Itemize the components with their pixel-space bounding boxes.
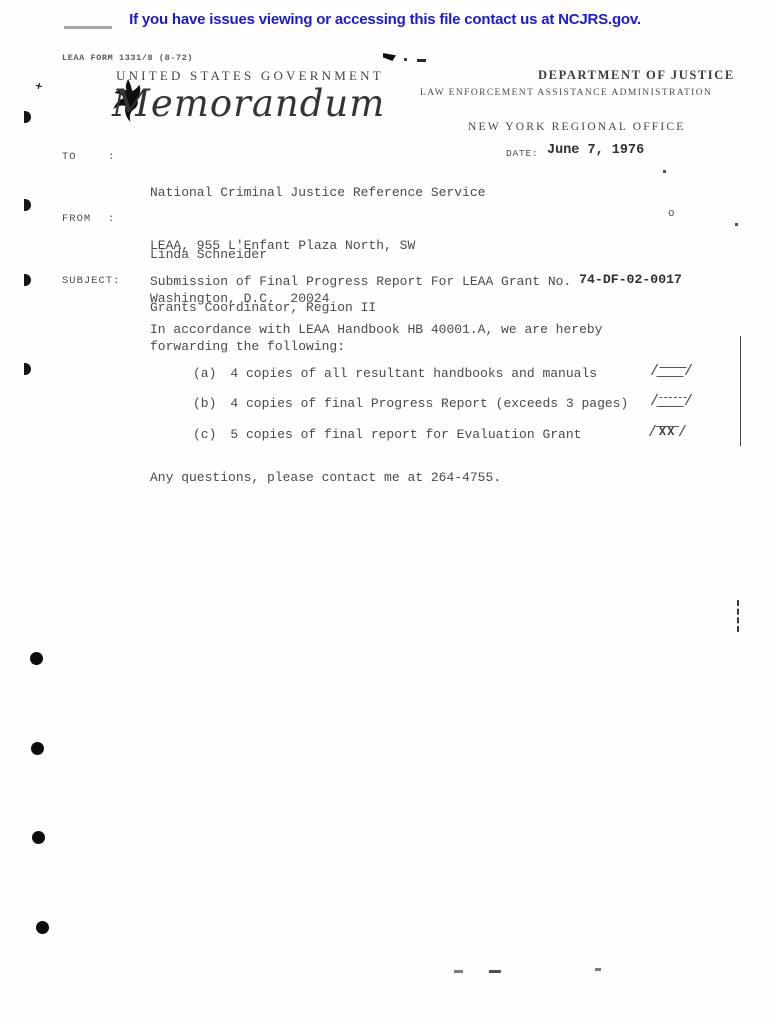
- from-title: Grants Coordinator, Region II: [150, 299, 376, 317]
- scan-artifact-dash: [489, 970, 501, 973]
- scan-artifact-dash: [595, 968, 601, 971]
- slash-glyph: /: [684, 393, 693, 410]
- ncjrs-banner: If you have issues viewing or accessing …: [0, 11, 770, 28]
- checkbox-box-empty: [656, 367, 686, 377]
- to-colon: :: [108, 151, 115, 163]
- dept-line-justice: DEPARTMENT OF JUSTICE: [538, 68, 735, 83]
- to-label: TO: [62, 151, 77, 163]
- scan-artifact-scribble: [404, 58, 407, 61]
- margin-line: [740, 336, 741, 446]
- item-row-a: (a)4 copies of all resultant handbooks a…: [193, 366, 597, 381]
- body-line: forwarding the following:: [150, 339, 345, 354]
- dept-line-leaa: LAW ENFORCEMENT ASSISTANCE ADMINISTRATIO…: [420, 88, 712, 98]
- item-row-b: (b)4 copies of final Progress Report (ex…: [193, 396, 628, 411]
- hole-punch-dot: [31, 742, 44, 755]
- item-text: 5 copies of final report for Evaluation …: [230, 427, 581, 442]
- scan-artifact-dash: [64, 26, 112, 29]
- from-name: Linda Schneider: [150, 246, 376, 264]
- hole-punch-dot: [32, 831, 45, 844]
- memo-title: Memorandum: [112, 82, 385, 125]
- left-edge-mark: [24, 274, 31, 286]
- scan-artifact-scribble: [417, 59, 426, 62]
- item-row-c: (c)5 copies of final report for Evaluati…: [193, 427, 581, 442]
- scan-artifact-dot: [663, 170, 666, 173]
- grant-number: 74-DF-02-0017: [579, 272, 682, 287]
- checkbox-xx-mark: XX: [656, 426, 679, 439]
- hole-punch-dot: [30, 652, 43, 665]
- dept-line-regional-office: NEW YORK REGIONAL OFFICE: [468, 121, 686, 133]
- body-line: In accordance with LEAA Handbook HB 4000…: [150, 322, 602, 337]
- checkbox-a: //: [650, 363, 693, 380]
- item-label: (a): [193, 366, 216, 381]
- checkbox-b: //: [650, 393, 693, 410]
- left-edge-mark: [24, 363, 31, 375]
- item-label: (b): [193, 396, 216, 411]
- subject-label: SUBJECT:: [62, 275, 120, 287]
- item-label: (c): [193, 427, 216, 442]
- pen-mark-icon: +: [34, 79, 44, 94]
- closing-line: Any questions, please contact me at 264-…: [150, 470, 501, 485]
- margin-line-broken: [737, 600, 739, 632]
- hole-punch-dot: [36, 921, 49, 934]
- left-edge-mark: [24, 199, 31, 211]
- to-address-line: National Criminal Justice Reference Serv…: [150, 184, 485, 202]
- memo-page: If you have issues viewing or accessing …: [0, 0, 770, 1024]
- from-label: FROM: [62, 213, 91, 225]
- checkbox-box-empty: [656, 397, 686, 407]
- left-edge-mark: [24, 111, 31, 123]
- from-colon: :: [108, 213, 115, 225]
- scan-artifact-dot: [735, 223, 738, 226]
- item-text: 4 copies of final Progress Report (excee…: [230, 396, 628, 411]
- scan-artifact-dash: [454, 970, 463, 973]
- date-value: June 7, 1976: [547, 143, 644, 158]
- checkbox-c-checked: /XX/: [648, 424, 687, 441]
- slash-glyph: /: [684, 363, 693, 380]
- scan-artifact-scribble: [383, 53, 396, 61]
- date-label: DATE:: [506, 148, 539, 159]
- subject-line: Submission of Final Progress Report For …: [150, 274, 682, 289]
- scan-artifact-o: o: [668, 208, 675, 220]
- slash-glyph: /: [678, 424, 687, 441]
- item-text: 4 copies of all resultant handbooks and …: [230, 366, 597, 381]
- subject-text: Submission of Final Progress Report For …: [150, 274, 579, 289]
